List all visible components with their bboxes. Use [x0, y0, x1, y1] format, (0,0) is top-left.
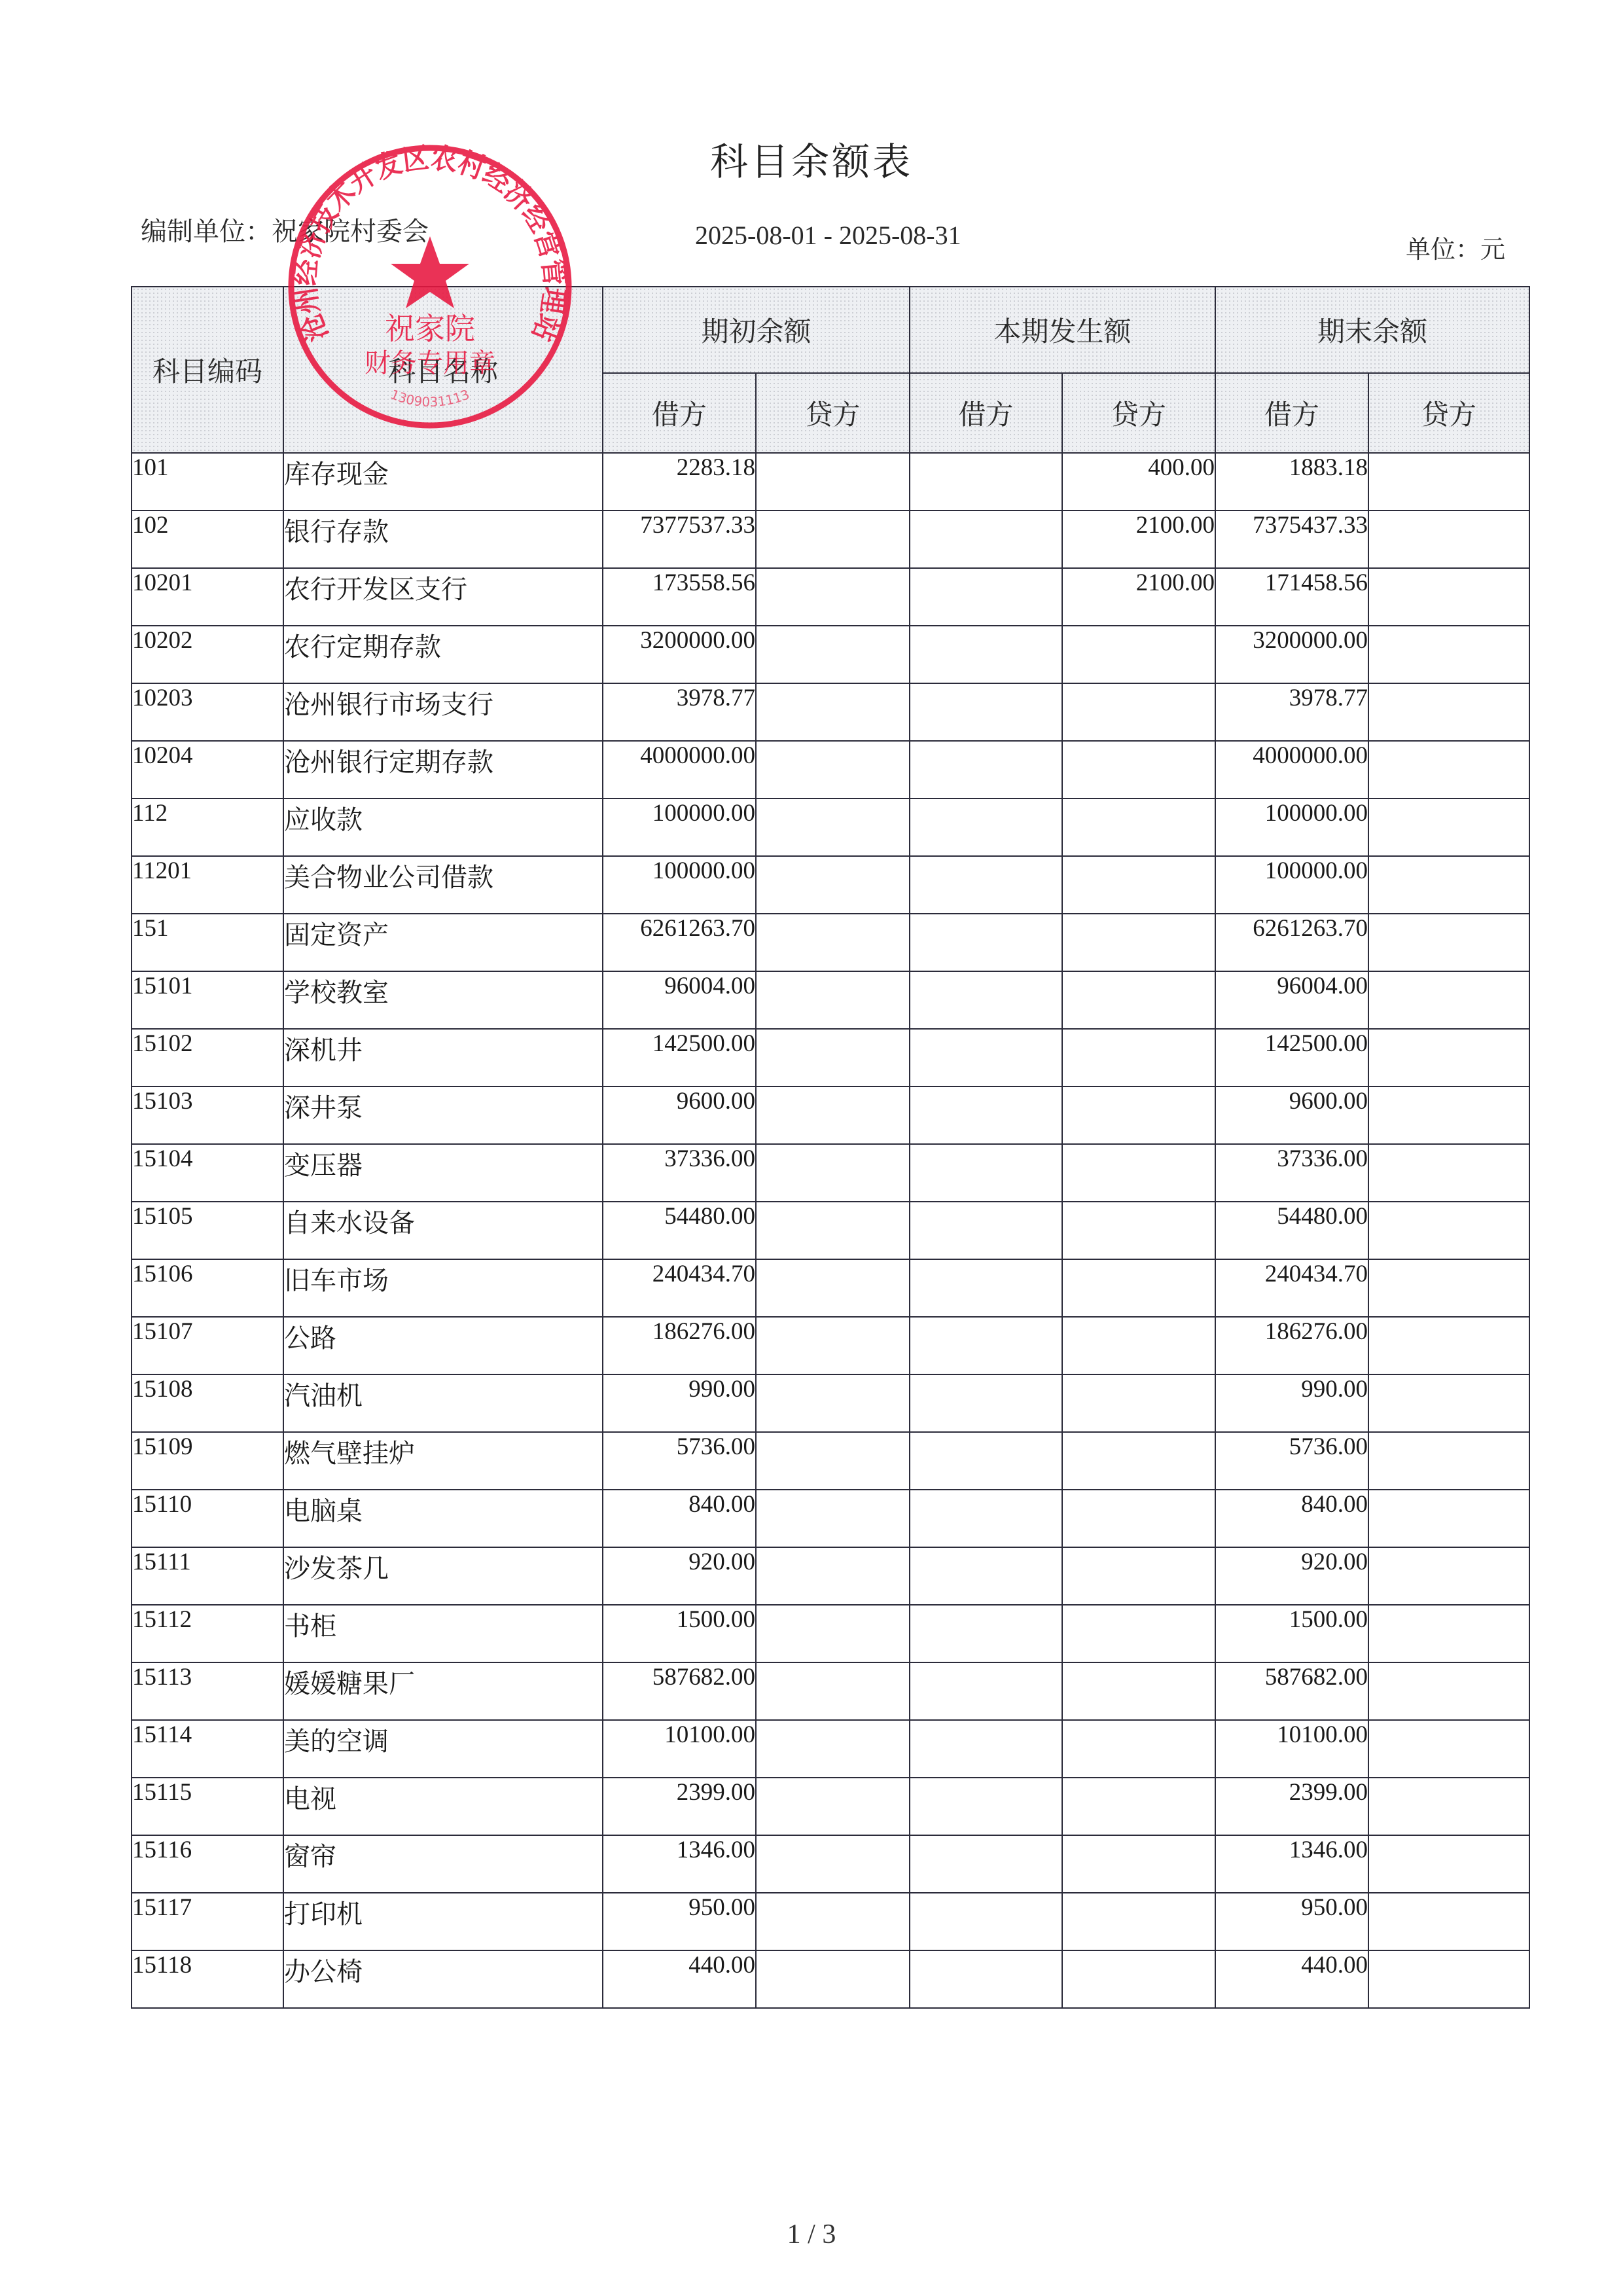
header-closing-debit: 借方 — [1215, 373, 1368, 453]
opening-debit-cell: 100000.00 — [603, 856, 756, 914]
account-name-cell: 打印机 — [283, 1893, 603, 1950]
opening-credit-cell — [756, 856, 910, 914]
opening-credit-cell — [756, 1374, 910, 1432]
current-debit-cell — [910, 1662, 1062, 1720]
table-row: 15113媛媛糖果厂587682.00587682.00 — [132, 1662, 1529, 1720]
current-credit-cell — [1062, 741, 1215, 798]
table-row: 15118办公椅440.00440.00 — [132, 1950, 1529, 2008]
account-code-cell: 15117 — [132, 1893, 283, 1950]
opening-credit-cell — [756, 1259, 910, 1317]
closing-credit-cell — [1368, 1202, 1529, 1259]
table-row: 10201农行开发区支行173558.562100.00171458.56 — [132, 568, 1529, 626]
current-credit-cell: 2100.00 — [1062, 568, 1215, 626]
current-debit-cell — [910, 1835, 1062, 1893]
closing-debit-cell: 186276.00 — [1215, 1317, 1368, 1374]
table-row: 15116窗帘1346.001346.00 — [132, 1835, 1529, 1893]
opening-credit-cell — [756, 1144, 910, 1202]
header-current-debit: 借方 — [910, 373, 1062, 453]
table-row: 10203沧州银行市场支行3978.773978.77 — [132, 683, 1529, 741]
current-debit-cell — [910, 1144, 1062, 1202]
current-debit-cell — [910, 1490, 1062, 1547]
opening-credit-cell — [756, 798, 910, 856]
header-name: 科目名称 — [283, 287, 603, 453]
closing-credit-cell — [1368, 626, 1529, 683]
opening-debit-cell: 3200000.00 — [603, 626, 756, 683]
opening-credit-cell — [756, 741, 910, 798]
opening-credit-cell — [756, 1605, 910, 1662]
header-current-amount: 本期发生额 — [910, 287, 1215, 373]
opening-credit-cell — [756, 1029, 910, 1086]
current-debit-cell — [910, 1547, 1062, 1605]
current-debit-cell — [910, 914, 1062, 971]
account-name-cell: 电视 — [283, 1778, 603, 1835]
current-debit-cell — [910, 1720, 1062, 1778]
opening-credit-cell — [756, 683, 910, 741]
account-name-cell: 美合物业公司借款 — [283, 856, 603, 914]
current-credit-cell — [1062, 1490, 1215, 1547]
table-row: 102银行存款7377537.332100.007375437.33 — [132, 511, 1529, 568]
current-credit-cell — [1062, 856, 1215, 914]
closing-credit-cell — [1368, 914, 1529, 971]
account-code-cell: 15110 — [132, 1490, 283, 1547]
account-code-cell: 15101 — [132, 971, 283, 1029]
current-credit-cell — [1062, 1893, 1215, 1950]
opening-credit-cell — [756, 1317, 910, 1374]
current-debit-cell — [910, 856, 1062, 914]
closing-credit-cell — [1368, 1317, 1529, 1374]
closing-debit-cell: 1883.18 — [1215, 453, 1368, 511]
opening-credit-cell — [756, 453, 910, 511]
closing-credit-cell — [1368, 856, 1529, 914]
account-code-cell: 15112 — [132, 1605, 283, 1662]
closing-debit-cell: 7375437.33 — [1215, 511, 1368, 568]
current-credit-cell — [1062, 1662, 1215, 1720]
opening-credit-cell — [756, 511, 910, 568]
opening-debit-cell: 4000000.00 — [603, 741, 756, 798]
current-debit-cell — [910, 1317, 1062, 1374]
current-credit-cell: 2100.00 — [1062, 511, 1215, 568]
table-row: 15101学校教室96004.0096004.00 — [132, 971, 1529, 1029]
opening-credit-cell — [756, 1778, 910, 1835]
closing-debit-cell: 440.00 — [1215, 1950, 1368, 2008]
opening-debit-cell: 142500.00 — [603, 1029, 756, 1086]
current-credit-cell — [1062, 798, 1215, 856]
account-code-cell: 15104 — [132, 1144, 283, 1202]
account-name-cell: 农行定期存款 — [283, 626, 603, 683]
opening-debit-cell: 1500.00 — [603, 1605, 756, 1662]
opening-credit-cell — [756, 1835, 910, 1893]
account-code-cell: 10201 — [132, 568, 283, 626]
closing-credit-cell — [1368, 511, 1529, 568]
opening-debit-cell: 9600.00 — [603, 1086, 756, 1144]
account-code-cell: 15116 — [132, 1835, 283, 1893]
table-row: 11201美合物业公司借款100000.00100000.00 — [132, 856, 1529, 914]
closing-debit-cell: 950.00 — [1215, 1893, 1368, 1950]
closing-debit-cell: 171458.56 — [1215, 568, 1368, 626]
closing-debit-cell: 54480.00 — [1215, 1202, 1368, 1259]
opening-debit-cell: 587682.00 — [603, 1662, 756, 1720]
current-debit-cell — [910, 741, 1062, 798]
account-code-cell: 10204 — [132, 741, 283, 798]
account-code-cell: 151 — [132, 914, 283, 971]
table-row: 112应收款100000.00100000.00 — [132, 798, 1529, 856]
current-credit-cell — [1062, 1432, 1215, 1490]
period-end: 2025-08-31 — [839, 221, 961, 250]
closing-credit-cell — [1368, 1720, 1529, 1778]
table-row: 15105自来水设备54480.0054480.00 — [132, 1202, 1529, 1259]
header-opening-balance: 期初余额 — [603, 287, 910, 373]
current-debit-cell — [910, 626, 1062, 683]
closing-debit-cell: 9600.00 — [1215, 1086, 1368, 1144]
closing-credit-cell — [1368, 1893, 1529, 1950]
header-closing-credit: 贷方 — [1368, 373, 1529, 453]
account-code-cell: 15106 — [132, 1259, 283, 1317]
opening-debit-cell: 173558.56 — [603, 568, 756, 626]
current-credit-cell — [1062, 1086, 1215, 1144]
opening-debit-cell: 950.00 — [603, 1893, 756, 1950]
closing-credit-cell — [1368, 1950, 1529, 2008]
period-range: 2025-08-01 - 2025-08-31 — [695, 220, 961, 251]
header-current-credit: 贷方 — [1062, 373, 1215, 453]
closing-credit-cell — [1368, 1778, 1529, 1835]
closing-credit-cell — [1368, 741, 1529, 798]
table-row: 15111沙发茶几920.00920.00 — [132, 1547, 1529, 1605]
table-row: 10204沧州银行定期存款4000000.004000000.00 — [132, 741, 1529, 798]
table-row: 15117打印机950.00950.00 — [132, 1893, 1529, 1950]
table-row: 15115电视2399.002399.00 — [132, 1778, 1529, 1835]
closing-credit-cell — [1368, 683, 1529, 741]
opening-debit-cell: 440.00 — [603, 1950, 756, 2008]
closing-debit-cell: 142500.00 — [1215, 1029, 1368, 1086]
account-code-cell: 10202 — [132, 626, 283, 683]
account-name-cell: 媛媛糖果厂 — [283, 1662, 603, 1720]
account-code-cell: 15114 — [132, 1720, 283, 1778]
account-name-cell: 深机井 — [283, 1029, 603, 1086]
account-name-cell: 库存现金 — [283, 453, 603, 511]
table-row: 15104变压器37336.0037336.00 — [132, 1144, 1529, 1202]
closing-credit-cell — [1368, 1605, 1529, 1662]
account-name-cell: 旧车市场 — [283, 1259, 603, 1317]
account-code-cell: 102 — [132, 511, 283, 568]
table-row: 15107公路186276.00186276.00 — [132, 1317, 1529, 1374]
closing-credit-cell — [1368, 453, 1529, 511]
opening-debit-cell: 5736.00 — [603, 1432, 756, 1490]
opening-credit-cell — [756, 1720, 910, 1778]
opening-credit-cell — [756, 1950, 910, 2008]
org-name: 祝家院村委会 — [272, 217, 429, 247]
table-row: 15110电脑桌840.00840.00 — [132, 1490, 1529, 1547]
period-separator: - — [817, 221, 839, 250]
account-code-cell: 15118 — [132, 1950, 283, 2008]
closing-debit-cell: 240434.70 — [1215, 1259, 1368, 1317]
current-debit-cell — [910, 1086, 1062, 1144]
current-credit-cell — [1062, 1029, 1215, 1086]
account-name-cell: 电脑桌 — [283, 1490, 603, 1547]
current-credit-cell — [1062, 1720, 1215, 1778]
opening-credit-cell — [756, 1893, 910, 1950]
currency-value: 元 — [1480, 235, 1505, 264]
closing-credit-cell — [1368, 1835, 1529, 1893]
period-start: 2025-08-01 — [695, 221, 817, 250]
account-name-cell: 深井泵 — [283, 1086, 603, 1144]
opening-debit-cell: 186276.00 — [603, 1317, 756, 1374]
opening-debit-cell: 990.00 — [603, 1374, 756, 1432]
currency-label: 单位： — [1406, 235, 1480, 264]
table-row: 15112书柜1500.001500.00 — [132, 1605, 1529, 1662]
closing-credit-cell — [1368, 1374, 1529, 1432]
opening-debit-cell: 920.00 — [603, 1547, 756, 1605]
closing-debit-cell: 1346.00 — [1215, 1835, 1368, 1893]
current-credit-cell — [1062, 1605, 1215, 1662]
header-closing-balance: 期末余额 — [1215, 287, 1529, 373]
account-name-cell: 汽油机 — [283, 1374, 603, 1432]
account-code-cell: 15102 — [132, 1029, 283, 1086]
table-row: 15109燃气壁挂炉5736.005736.00 — [132, 1432, 1529, 1490]
closing-credit-cell — [1368, 568, 1529, 626]
opening-debit-cell: 2283.18 — [603, 453, 756, 511]
closing-debit-cell: 587682.00 — [1215, 1662, 1368, 1720]
table-row: 15103深井泵9600.009600.00 — [132, 1086, 1529, 1144]
current-credit-cell — [1062, 1202, 1215, 1259]
account-name-cell: 应收款 — [283, 798, 603, 856]
account-code-cell: 15108 — [132, 1374, 283, 1432]
closing-debit-cell: 100000.00 — [1215, 856, 1368, 914]
current-credit-cell — [1062, 971, 1215, 1029]
opening-debit-cell: 54480.00 — [603, 1202, 756, 1259]
current-debit-cell — [910, 1778, 1062, 1835]
opening-debit-cell: 10100.00 — [603, 1720, 756, 1778]
current-debit-cell — [910, 1605, 1062, 1662]
account-code-cell: 112 — [132, 798, 283, 856]
table-row: 15106旧车市场240434.70240434.70 — [132, 1259, 1529, 1317]
opening-credit-cell — [756, 1432, 910, 1490]
current-debit-cell — [910, 798, 1062, 856]
opening-credit-cell — [756, 971, 910, 1029]
current-debit-cell — [910, 1432, 1062, 1490]
opening-debit-cell: 1346.00 — [603, 1835, 756, 1893]
current-credit-cell — [1062, 1374, 1215, 1432]
closing-credit-cell — [1368, 1547, 1529, 1605]
account-name-cell: 变压器 — [283, 1144, 603, 1202]
org-label: 编制单位： — [141, 217, 272, 247]
account-code-cell: 15113 — [132, 1662, 283, 1720]
account-code-cell: 15107 — [132, 1317, 283, 1374]
opening-credit-cell — [756, 1662, 910, 1720]
account-name-cell: 沙发茶几 — [283, 1547, 603, 1605]
current-credit-cell — [1062, 914, 1215, 971]
current-credit-cell: 400.00 — [1062, 453, 1215, 511]
account-code-cell: 11201 — [132, 856, 283, 914]
account-name-cell: 固定资产 — [283, 914, 603, 971]
current-credit-cell — [1062, 1778, 1215, 1835]
closing-credit-cell — [1368, 1662, 1529, 1720]
current-credit-cell — [1062, 1835, 1215, 1893]
report-title: 科目余额表 — [0, 131, 1623, 186]
current-debit-cell — [910, 1374, 1062, 1432]
account-name-cell: 燃气壁挂炉 — [283, 1432, 603, 1490]
closing-credit-cell — [1368, 1086, 1529, 1144]
account-name-cell: 沧州银行定期存款 — [283, 741, 603, 798]
currency-unit: 单位：元 — [1406, 229, 1505, 265]
account-name-cell: 农行开发区支行 — [283, 568, 603, 626]
table-row: 15114美的空调10100.0010100.00 — [132, 1720, 1529, 1778]
table-row: 101库存现金2283.18400.001883.18 — [132, 453, 1529, 511]
opening-credit-cell — [756, 914, 910, 971]
closing-debit-cell: 990.00 — [1215, 1374, 1368, 1432]
table-row: 10202农行定期存款3200000.003200000.00 — [132, 626, 1529, 683]
current-credit-cell — [1062, 626, 1215, 683]
closing-debit-cell: 920.00 — [1215, 1547, 1368, 1605]
closing-debit-cell: 37336.00 — [1215, 1144, 1368, 1202]
closing-debit-cell: 3200000.00 — [1215, 626, 1368, 683]
current-credit-cell — [1062, 683, 1215, 741]
opening-credit-cell — [756, 1202, 910, 1259]
current-credit-cell — [1062, 1317, 1215, 1374]
table-row: 151固定资产6261263.706261263.70 — [132, 914, 1529, 971]
current-debit-cell — [910, 683, 1062, 741]
account-name-cell: 书柜 — [283, 1605, 603, 1662]
account-name-cell: 银行存款 — [283, 511, 603, 568]
opening-debit-cell: 7377537.33 — [603, 511, 756, 568]
opening-debit-cell: 6261263.70 — [603, 914, 756, 971]
balance-table: 科目编码 科目名称 期初余额 本期发生额 期末余额 借方 贷方 借方 贷方 借方… — [131, 286, 1530, 2009]
org-line: 编制单位：祝家院村委会 — [141, 211, 429, 248]
current-debit-cell — [910, 971, 1062, 1029]
current-debit-cell — [910, 1202, 1062, 1259]
closing-credit-cell — [1368, 1490, 1529, 1547]
current-credit-cell — [1062, 1144, 1215, 1202]
account-name-cell: 沧州银行市场支行 — [283, 683, 603, 741]
account-code-cell: 15115 — [132, 1778, 283, 1835]
account-name-cell: 美的空调 — [283, 1720, 603, 1778]
header-opening-credit: 贷方 — [756, 373, 910, 453]
opening-debit-cell: 2399.00 — [603, 1778, 756, 1835]
closing-debit-cell: 96004.00 — [1215, 971, 1368, 1029]
current-debit-cell — [910, 511, 1062, 568]
closing-debit-cell: 4000000.00 — [1215, 741, 1368, 798]
closing-credit-cell — [1368, 1144, 1529, 1202]
opening-credit-cell — [756, 1490, 910, 1547]
closing-debit-cell: 10100.00 — [1215, 1720, 1368, 1778]
account-name-cell: 窗帘 — [283, 1835, 603, 1893]
header-code: 科目编码 — [132, 287, 283, 453]
account-name-cell: 办公椅 — [283, 1950, 603, 2008]
closing-debit-cell: 1500.00 — [1215, 1605, 1368, 1662]
account-name-cell: 学校教室 — [283, 971, 603, 1029]
closing-debit-cell: 6261263.70 — [1215, 914, 1368, 971]
opening-debit-cell: 240434.70 — [603, 1259, 756, 1317]
header-opening-debit: 借方 — [603, 373, 756, 453]
current-debit-cell — [910, 568, 1062, 626]
opening-debit-cell: 840.00 — [603, 1490, 756, 1547]
closing-debit-cell: 3978.77 — [1215, 683, 1368, 741]
account-code-cell: 15111 — [132, 1547, 283, 1605]
current-debit-cell — [910, 1259, 1062, 1317]
closing-credit-cell — [1368, 1259, 1529, 1317]
page-number: 1 / 3 — [0, 2219, 1623, 2250]
account-code-cell: 15109 — [132, 1432, 283, 1490]
closing-credit-cell — [1368, 1029, 1529, 1086]
account-code-cell: 15103 — [132, 1086, 283, 1144]
current-debit-cell — [910, 1029, 1062, 1086]
closing-debit-cell: 840.00 — [1215, 1490, 1368, 1547]
opening-credit-cell — [756, 1086, 910, 1144]
current-credit-cell — [1062, 1259, 1215, 1317]
account-code-cell: 10203 — [132, 683, 283, 741]
current-debit-cell — [910, 453, 1062, 511]
opening-credit-cell — [756, 1547, 910, 1605]
account-name-cell: 公路 — [283, 1317, 603, 1374]
opening-debit-cell: 37336.00 — [603, 1144, 756, 1202]
account-code-cell: 15105 — [132, 1202, 283, 1259]
closing-credit-cell — [1368, 798, 1529, 856]
table-body: 101库存现金2283.18400.001883.18102银行存款737753… — [132, 453, 1529, 2008]
account-code-cell: 101 — [132, 453, 283, 511]
closing-debit-cell: 5736.00 — [1215, 1432, 1368, 1490]
opening-debit-cell: 96004.00 — [603, 971, 756, 1029]
current-debit-cell — [910, 1893, 1062, 1950]
opening-credit-cell — [756, 626, 910, 683]
account-name-cell: 自来水设备 — [283, 1202, 603, 1259]
table-row: 15108汽油机990.00990.00 — [132, 1374, 1529, 1432]
closing-debit-cell: 100000.00 — [1215, 798, 1368, 856]
current-credit-cell — [1062, 1547, 1215, 1605]
closing-credit-cell — [1368, 1432, 1529, 1490]
closing-debit-cell: 2399.00 — [1215, 1778, 1368, 1835]
opening-credit-cell — [756, 568, 910, 626]
opening-debit-cell: 3978.77 — [603, 683, 756, 741]
current-credit-cell — [1062, 1950, 1215, 2008]
opening-debit-cell: 100000.00 — [603, 798, 756, 856]
current-debit-cell — [910, 1950, 1062, 2008]
table-row: 15102深机井142500.00142500.00 — [132, 1029, 1529, 1086]
closing-credit-cell — [1368, 971, 1529, 1029]
